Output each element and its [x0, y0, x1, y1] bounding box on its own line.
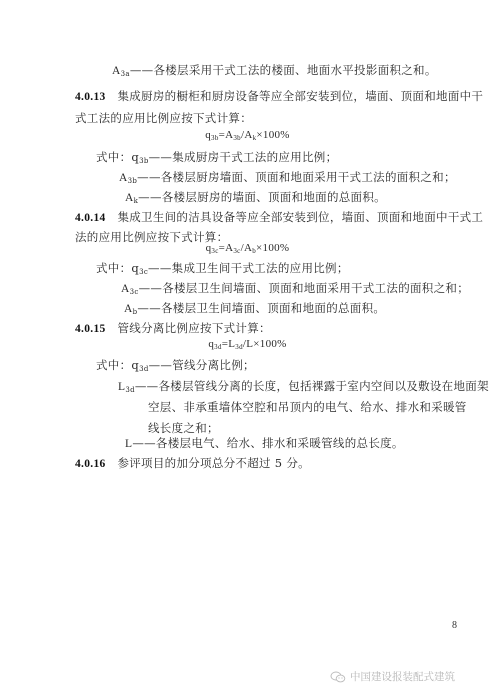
- subscript: 3a: [121, 70, 130, 78]
- definition-text: ——各楼层厨房墙面、顶面和地面采用干式工法的面积之和；: [137, 170, 456, 184]
- symbol: A: [119, 172, 128, 184]
- formula-part: /A: [241, 242, 253, 254]
- definition-text: ——管线分离比例；: [149, 358, 255, 372]
- clause-4-0-15: 4.0.15 管线分离比例应按下式计算：: [75, 321, 271, 336]
- definition-a3b: A3b——各楼层厨房墙面、顶面和地面采用干式工法的面积之和；: [119, 170, 456, 188]
- where-lead: 式中：q: [96, 358, 139, 372]
- definition-a3a: A3a——各楼层采用干式工法的楼面、地面水平投影面积之和。: [112, 63, 437, 81]
- clause-text: 参评项目的加分项总分不超过 5 分。: [117, 456, 310, 470]
- subscript: 3b: [211, 134, 219, 142]
- definition-text: ——各楼层电气、给水、排水和采暖管线的总长度。: [132, 436, 403, 450]
- clause-4-0-16: 4.0.16 参评项目的加分项总分不超过 5 分。: [75, 456, 310, 471]
- definition-ak: Ak——各楼层厨房的墙面、顶面和地面的总面积。: [125, 190, 386, 208]
- symbol: A: [125, 192, 134, 204]
- formula-q3b: q3b=A3b/Ak×100%: [0, 128, 495, 145]
- formula-q3c: q3c=A3c/Ab×100%: [0, 241, 495, 258]
- definition-q3c: 式中：q3c——集成卫生间干式工法的应用比例；: [96, 261, 349, 279]
- symbol: A: [121, 283, 130, 295]
- definition-text: 空层、非承重墙体空腔和吊顶内的电气、给水、排水和采暖管: [148, 400, 467, 414]
- definition-text: ——各楼层卫生间墙面、顶面和地面采用干式工法的面积之和；: [139, 281, 469, 295]
- subscript: 3d: [235, 343, 243, 351]
- definition-a3c: A3c——各楼层卫生间墙面、顶面和地面采用干式工法的面积之和；: [121, 281, 469, 299]
- subscript: 3d: [139, 365, 149, 373]
- clause-4-0-14: 4.0.14 集成卫生间的洁具设备等应全部安装到位，墙面、顶面和地面中干式工: [75, 210, 483, 225]
- clause-text: 管线分离比例应按下式计算：: [117, 321, 270, 335]
- definition-ab: Ab——各楼层卫生间墙面、顶面和地面的总面积。: [124, 301, 385, 319]
- document-page: A3a——各楼层采用干式工法的楼面、地面水平投影面积之和。 4.0.13 集成厨…: [0, 0, 495, 700]
- clause-number: 4.0.14: [75, 212, 106, 224]
- formula-part: ×100%: [256, 242, 289, 254]
- formula-q3d: q3d=L3d/L×100%: [0, 337, 495, 354]
- subscript: 3c: [211, 247, 218, 255]
- watermark-text: 中国建设报装配式建筑: [350, 669, 455, 684]
- wechat-icon: [330, 671, 346, 683]
- clause-number: 4.0.13: [75, 91, 106, 103]
- subscript: 3d: [214, 343, 222, 351]
- clause-4-0-13: 4.0.13 集成厨房的橱柜和厨房设备等应全部安装到位，墙面、顶面和地面中干: [75, 89, 483, 104]
- definition-l3d-continued-2: 线长度之和；: [148, 421, 219, 435]
- formula-part: /A: [241, 129, 253, 141]
- definition-l3d: L3d——各楼层管线分离的长度，包括裸露于室内空间以及敷设在地面架: [118, 379, 489, 397]
- formula-part: ×100%: [256, 129, 289, 141]
- subscript: 3c: [233, 247, 240, 255]
- definition-l3d-continued-1: 空层、非承重墙体空腔和吊顶内的电气、给水、排水和采暖管: [148, 400, 467, 414]
- formula-part: /L×100%: [243, 338, 287, 350]
- subscript: 3b: [139, 157, 149, 165]
- subscript: 3b: [128, 177, 138, 185]
- formula-part: =L: [222, 338, 236, 350]
- subscript: 3c: [139, 268, 148, 276]
- definition-text: ——各楼层厨房的墙面、顶面和地面的总面积。: [138, 190, 386, 204]
- formula-part: =A: [219, 129, 234, 141]
- clause-number: 4.0.15: [75, 323, 106, 335]
- page-number: 8: [452, 620, 457, 631]
- clause-text: 集成卫生间的洁具设备等应全部安装到位，墙面、顶面和地面中干式工: [117, 210, 483, 224]
- subscript: 3d: [125, 386, 135, 394]
- watermark: 中国建设报装配式建筑: [330, 669, 455, 684]
- where-lead: 式中：q: [96, 261, 139, 275]
- definition-text: ——各楼层管线分离的长度，包括裸露于室内空间以及敷设在地面架: [135, 379, 489, 393]
- definition-l: L——各楼层电气、给水、排水和采暖管线的总长度。: [125, 436, 404, 451]
- definition-text: ——集成卫生间干式工法的应用比例；: [148, 261, 349, 275]
- clause-4-0-13-continued: 式工法的应用比例应按下式计算：: [75, 111, 252, 125]
- definition-q3d: 式中：q3d——管线分离比例；: [96, 358, 255, 376]
- where-lead: 式中：q: [96, 150, 139, 164]
- definition-text: 线长度之和；: [148, 421, 219, 435]
- symbol: A: [124, 303, 133, 315]
- formula-part: =A: [219, 242, 234, 254]
- subscript: 3c: [130, 288, 139, 296]
- definition-text: ——集成厨房干式工法的应用比例；: [149, 150, 338, 164]
- clause-text: 式工法的应用比例应按下式计算：: [75, 111, 252, 125]
- subscript: 3b: [233, 134, 241, 142]
- definition-q3b: 式中：q3b——集成厨房干式工法的应用比例；: [96, 150, 337, 168]
- definition-text: ——各楼层采用干式工法的楼面、地面水平投影面积之和。: [130, 63, 437, 77]
- clause-text: 集成厨房的橱柜和厨房设备等应全部安装到位，墙面、顶面和地面中干: [117, 89, 483, 103]
- definition-text: ——各楼层卫生间墙面、顶面和地面的总面积。: [137, 301, 385, 315]
- clause-number: 4.0.16: [75, 458, 106, 470]
- symbol: A: [112, 65, 121, 77]
